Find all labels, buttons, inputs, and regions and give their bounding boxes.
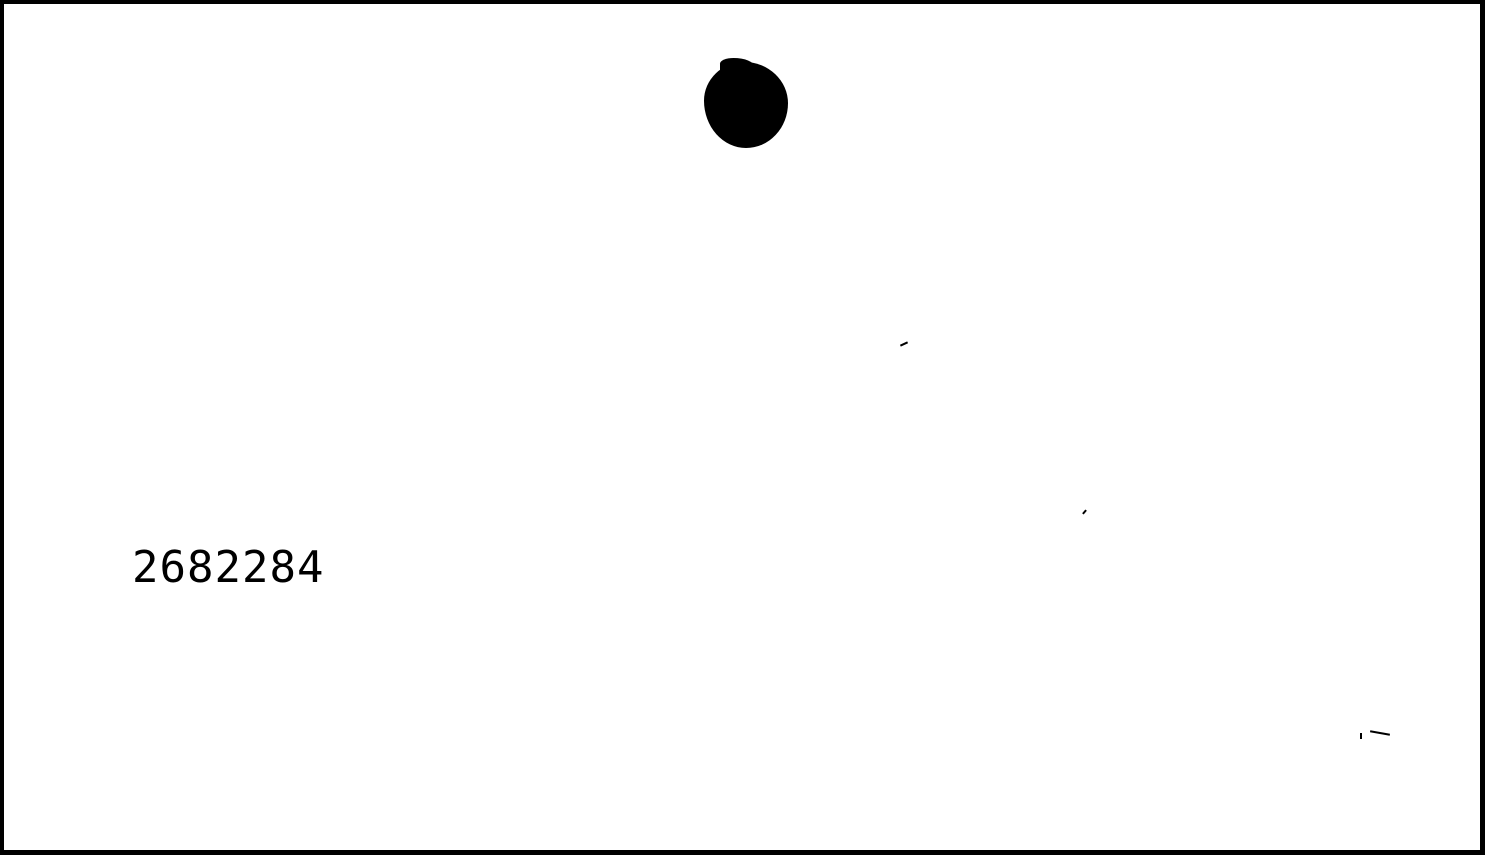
- card-number: 2682284: [132, 546, 324, 590]
- punch-hole: [704, 62, 788, 148]
- scan-speck: [1360, 733, 1362, 739]
